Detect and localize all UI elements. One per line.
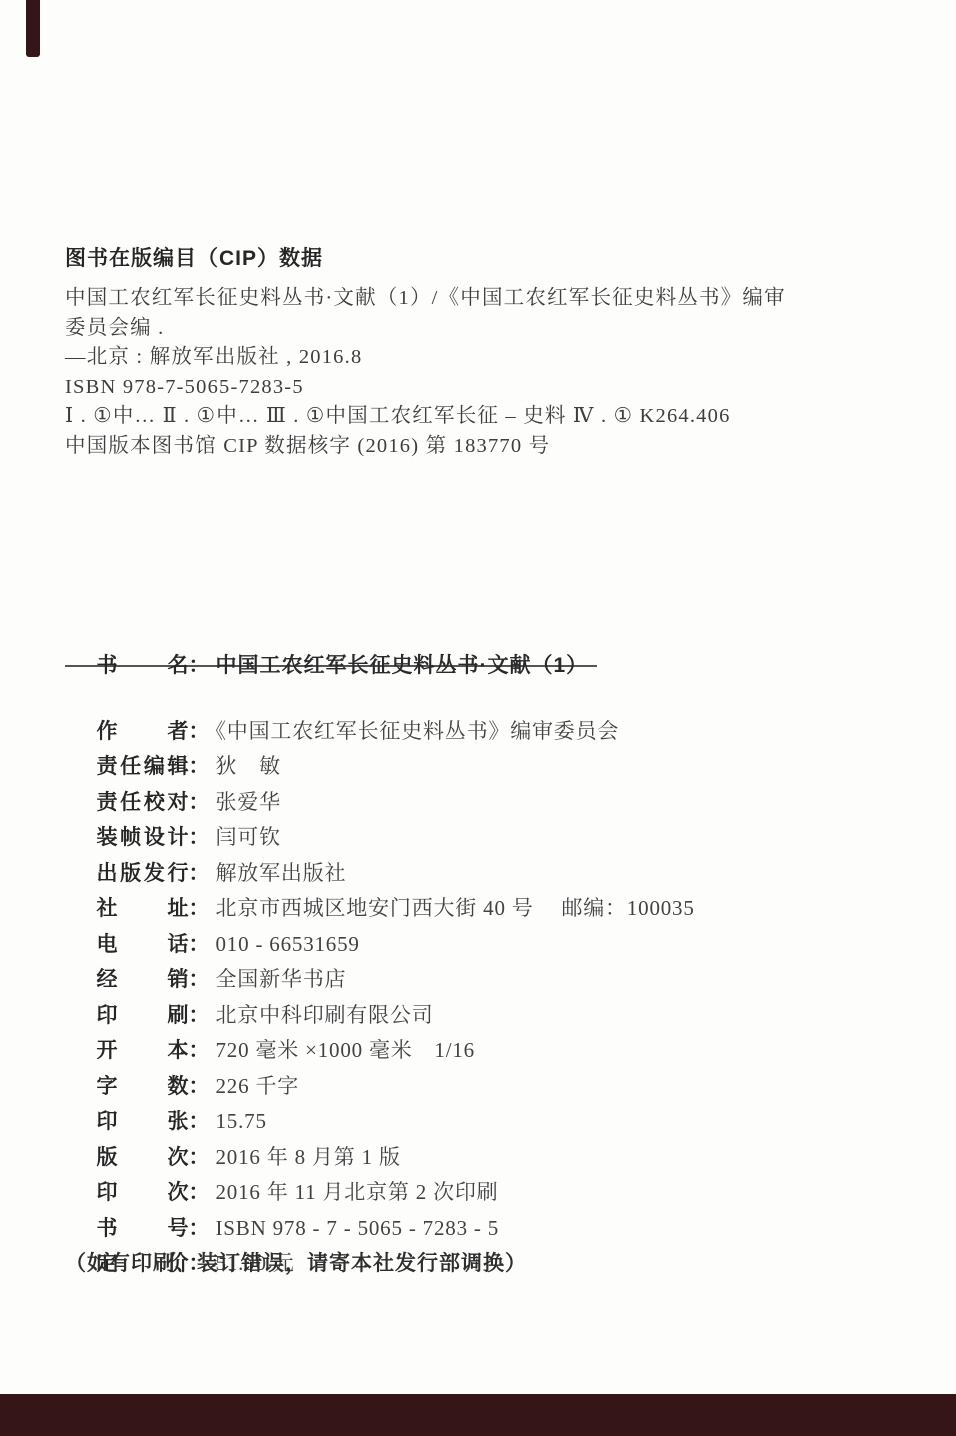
row-label: 书号 (97, 1211, 189, 1247)
row-value: 2016 年 8 月第 1 版 (216, 1145, 401, 1169)
cip-line: Ⅰ . ①中… Ⅱ . ①中… Ⅲ . ①中国工农红军长征 – 史料 Ⅳ . ①… (65, 402, 895, 432)
scan-artifact-bottom (0, 1394, 956, 1436)
row-label: 版次 (97, 1140, 189, 1176)
cip-line: 中国工农红军长征史料丛书·文献（1）/《中国工农红军长征史料丛书》编审 (65, 284, 895, 314)
row-colon: ： (189, 1004, 210, 1027)
row-colon: ： (189, 720, 210, 743)
row-value: 010 - 66531659 (216, 932, 360, 956)
book-title: 中国工农红军长征史料丛书·文献（1） (216, 654, 589, 677)
row-colon: ： (189, 755, 210, 778)
row-value: 狄 敏 (216, 754, 281, 778)
colophon-block: 书名：中国工农红军长征史料丛书·文献（1） 作者：《中国工农红军长征史料丛书》编… (65, 620, 905, 1282)
row-value: ISBN 978 - 7 - 5065 - 7283 - 5 (216, 1216, 500, 1240)
cip-line: —北京 : 解放军出版社 , 2016.8 (65, 343, 895, 373)
row-label: 作者 (97, 714, 189, 750)
row-colon: ： (189, 1039, 210, 1062)
cip-block: 图书在版编目（CIP）数据 中国工农红军长征史料丛书·文献（1）/《中国工农红军… (65, 242, 895, 461)
row-value: 15.75 (216, 1109, 267, 1133)
row-colon: ： (189, 1146, 210, 1169)
row-value: 北京市西城区地安门西大街 40 号 邮编：100035 (216, 896, 695, 920)
footer-note: （如有印刷、装订错误，请寄本社发行部调换） (65, 1246, 905, 1282)
colophon-row-book-title: 书名：中国工农红军长征史料丛书·文献（1） (65, 620, 905, 650)
row-label: 经销 (97, 962, 189, 998)
row-value: 解放军出版社 (216, 861, 347, 885)
cip-line: ISBN 978-7-5065-7283-5 (65, 373, 895, 403)
row-value: 2016 年 11 月北京第 2 次印刷 (216, 1180, 499, 1204)
row-colon: ： (189, 1217, 210, 1240)
row-label: 印次 (97, 1175, 189, 1211)
row-label: 电话 (97, 927, 189, 963)
row-colon: ： (189, 968, 210, 991)
row-colon: ： (189, 791, 210, 814)
row-value: 全国新华书店 (216, 967, 347, 991)
colophon-row-author: 作者：《中国工农红军长征史料丛书》编审委员会 (65, 678, 905, 714)
cip-header: 图书在版编目（CIP）数据 (65, 242, 895, 272)
row-label: 社址 (97, 891, 189, 927)
cip-line: 委员会编 . (65, 314, 895, 344)
row-label: 责任校对 (97, 785, 189, 821)
row-value: 闫可钦 (216, 825, 281, 849)
row-label: 装帧设计 (97, 820, 189, 856)
row-value: 226 千字 (216, 1074, 300, 1098)
row-value: 720 毫米 ×1000 毫米 1/16 (216, 1038, 475, 1062)
row-value: 张爱华 (216, 790, 281, 814)
row-label: 责任编辑 (97, 749, 189, 785)
row-label: 字数 (97, 1069, 189, 1105)
row-colon: ： (189, 826, 210, 849)
row-colon: ： (189, 862, 210, 885)
row-label: 出版发行 (97, 856, 189, 892)
row-colon: ： (189, 1181, 210, 1204)
row-label: 开本 (97, 1033, 189, 1069)
row-colon: ： (189, 654, 210, 677)
row-colon: ： (189, 897, 210, 920)
row-label: 印刷 (97, 998, 189, 1034)
row-colon: ： (189, 1110, 210, 1133)
scanned-book-page: 图书在版编目（CIP）数据 中国工农红军长征史料丛书·文献（1）/《中国工农红军… (0, 0, 956, 1436)
row-value: 北京中科印刷有限公司 (216, 1003, 434, 1027)
cip-line: 中国版本图书馆 CIP 数据核字 (2016) 第 183770 号 (65, 432, 895, 462)
row-colon: ： (189, 1075, 210, 1098)
row-value: 《中国工农红军长征史料丛书》编审委员会 (216, 719, 620, 743)
scan-artifact-top-left (26, 0, 40, 57)
row-label: 印张 (97, 1104, 189, 1140)
row-label: 书名 (97, 651, 189, 681)
row-colon: ： (189, 933, 210, 956)
